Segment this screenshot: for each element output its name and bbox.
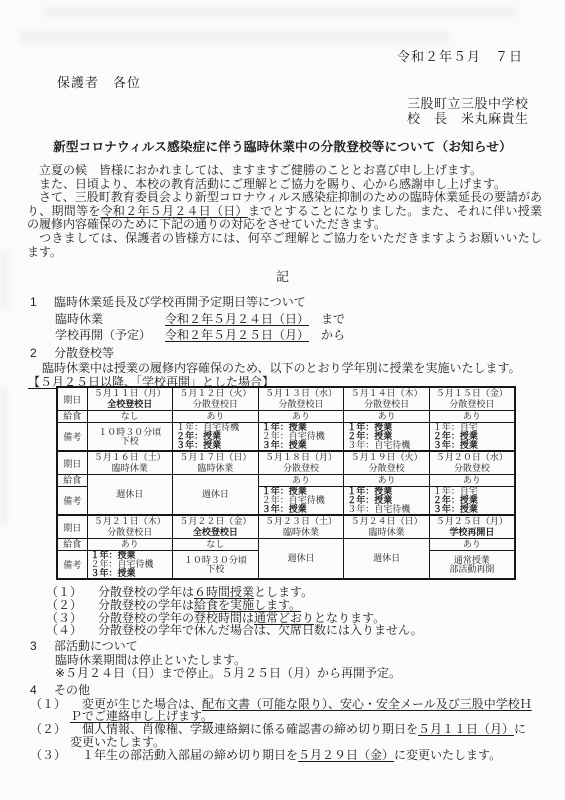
remarks-cell: １年：授業２年：授業３年：自宅待機: [344, 423, 430, 452]
weekend-cell: 週休日: [173, 475, 259, 516]
other-item-2: （２） 個人情報、肖像権、学級連絡網に係る確認書の締め切り期日を５月１１日（月）…: [30, 723, 535, 749]
table-notes: （１） 分散登校の学年は６時間授業とします。 （２） 分散登校の学年は給食を実施…: [46, 586, 423, 637]
day-cell: ５月１３日（水）分散登校日: [258, 387, 344, 411]
row-label-lunch: 給食: [57, 475, 87, 487]
section-3: 3部活動について 臨時休業期間は停止といたします。 ※５月２４日（日）まで停止。…: [30, 640, 401, 681]
sender-block: 三股町立三股中学校 校 長 米丸麻貴生: [407, 96, 529, 126]
table-row: 備考 １０時３０分頃下校 １年：自宅待機２年：授業３年：授業 １年：授業２年：自…: [57, 423, 515, 452]
note-4: （４） 分散登校の学年で休んだ場合は、欠席日数には入りません。: [46, 624, 423, 637]
table-row: 期日 ５月１６日（土）臨時休業 ５月１７日（日）臨時休業 ５月１８日（月）分散登…: [57, 451, 515, 475]
weekend-cell: 週休日: [87, 475, 173, 516]
section-1: 1臨時休業延長及び学校再開予定期日等について 臨時休業令和２年５月２４日（日） …: [30, 296, 345, 343]
row-label-lunch: 給食: [57, 539, 87, 551]
lunch-cell: あり: [429, 411, 515, 423]
club-restart-line: ※５月２４日（日）まで停止。５月２５日（月）から再開予定。: [55, 667, 401, 681]
table-row: 給食 なし あり あり あり あり: [57, 411, 515, 423]
remarks-cell: １０時３０分頃下校: [173, 551, 259, 580]
remarks-cell: 通常授業部活動再開: [429, 551, 515, 580]
day-cell: ５月１１日（月）全校登校日: [87, 387, 173, 411]
remarks-cell: １年：授業２年：自宅待機３年：授業: [258, 423, 344, 452]
remarks-cell: １年：授業２年：自宅待機３年：授業: [258, 487, 344, 516]
day-cell: ５月１７日（日）臨時休業: [173, 451, 259, 475]
greeting-p3: さて、三股町教育委員会より新型コロナウィルス感染症抑制のための臨時休業延長の要請…: [27, 190, 542, 231]
day-cell: ５月２２日（金）全校登校日: [173, 515, 259, 539]
underlined-date: 令和２年５月２４日（日）: [101, 204, 248, 218]
closure-period-row: 臨時休業令和２年５月２４日（日） まで: [55, 312, 345, 327]
remarks-cell: １年：自宅待機２年：授業３年：授業: [173, 423, 259, 452]
greeting-p2: また、日頃より、本校の教育活動にご理解とご協力を賜り、心から感謝申し上げます。: [27, 177, 506, 191]
row-label-remarks: 備考: [57, 551, 87, 580]
day-cell: ５月２０日（水）分散登校: [429, 451, 515, 475]
table-row: 期日 ５月１１日（月）全校登校日 ５月１２日（火）分散登校日 ５月１３日（水）分…: [57, 387, 515, 411]
remarks-cell: １０時３０分頃下校: [87, 423, 173, 452]
weekend-cell: 週休日: [344, 539, 430, 580]
row-label-remarks: 備考: [57, 423, 87, 452]
row-label-remarks: 備考: [57, 487, 87, 516]
underlined-date: 令和２年５月２４日（日）: [165, 312, 309, 327]
sender-org: 三股町立三股中学校: [407, 96, 529, 111]
remarks-cell: １年：授業２年：自宅待機３年：授業: [87, 551, 173, 580]
addressee: 保護者 各位: [57, 72, 141, 91]
sender-principal: 校 長 米丸麻貴生: [407, 111, 529, 126]
other-item-1: （１） 変更が生じた場合は、配布文書（可能な限り）、安心・安全メール及び三股中学…: [30, 698, 535, 724]
scan-artifact: [45, 6, 515, 18]
document-page: 令和２年５月 ７日 保護者 各位 三股町立三股中学校 校 長 米丸麻貴生 新型コ…: [0, 0, 565, 800]
club-suspension-line: 臨時休業期間は停止といたします。: [55, 654, 401, 668]
remarks-cell: １年：自宅２年：授業３年：授業: [429, 487, 515, 516]
section-2-heading: 2分散登校等: [30, 347, 521, 361]
row-label-date: 期日: [57, 387, 87, 411]
greeting-p1: 立夏の候 皆様におかれましては、ますますご健勝のこととお喜び申し上げます。: [27, 163, 482, 177]
lunch-cell: あり: [344, 411, 430, 423]
scan-artifact: [20, 30, 450, 43]
section-2-intro: 臨時休業中は授業の履修内容確保のため、以下のとおり学年別に授業を実施いたします。: [42, 362, 521, 376]
lunch-cell: あり: [258, 411, 344, 423]
document-date: 令和２年５月 ７日: [397, 46, 523, 65]
lunch-cell: あり: [258, 475, 344, 487]
lunch-cell: あり: [344, 475, 430, 487]
table-row: 期日 ５月２１日（木）分散登校日 ５月２２日（金）全校登校日 ５月２３日（土）臨…: [57, 515, 515, 539]
row-label-date: 期日: [57, 451, 87, 475]
ki-marker: 記: [0, 266, 565, 285]
remarks-cell: １年：自宅２年：授業３年：授業: [429, 423, 515, 452]
day-cell: ５月１６日（土）臨時休業: [87, 451, 173, 475]
staggered-attendance-table: 期日 ５月１１日（月）全校登校日 ５月１２日（火）分散登校日 ５月１３日（水）分…: [56, 386, 516, 580]
day-cell: ５月２１日（木）分散登校日: [87, 515, 173, 539]
document-title: 新型コロナウィルス感染症に伴う臨時休業中の分散登校等について（お知らせ）: [0, 136, 565, 155]
greeting-p4: つきましては、保護者の皆様方には、何卒ご理解とご協力をいただきますようお願いいた…: [27, 231, 542, 259]
lunch-cell: なし: [87, 411, 173, 423]
day-cell: ５月２５日（月）学校再開日: [429, 515, 515, 539]
day-cell: ５月１８日（月）分散登校: [258, 451, 344, 475]
day-cell: ５月１９日（火）分散登校: [344, 451, 430, 475]
reopen-date-row: 学校再開（予定）令和２年５月２５日（月） から: [55, 328, 345, 343]
lunch-cell: なし: [173, 539, 259, 551]
day-cell: ５月１５日（金）分散登校日: [429, 387, 515, 411]
row-label-lunch: 給食: [57, 411, 87, 423]
day-cell: ５月２４日（日）臨時休業: [344, 515, 430, 539]
scan-artifact: [0, 385, 7, 525]
other-item-3: （３） １年生の部活動入部届の締め切り期日を５月２９日（金）に変更いたします。: [30, 749, 535, 762]
day-cell: ５月１２日（火）分散登校日: [173, 387, 259, 411]
underlined-date: 令和２年５月２５日（月）: [165, 328, 309, 343]
greeting-paragraphs: 立夏の候 皆様におかれましては、ますますご健勝のこととお喜び申し上げます。 また…: [27, 164, 542, 259]
section-4: 4その他 （１） 変更が生じた場合は、配布文書（可能な限り）、安心・安全メール及…: [30, 684, 535, 761]
table-row: 給食 週休日 週休日 あり あり あり: [57, 475, 515, 487]
weekend-cell: 週休日: [258, 539, 344, 580]
table-row: 給食 あり なし 週休日 週休日 あり: [57, 539, 515, 551]
section-2: 2分散登校等 臨時休業中は授業の履修内容確保のため、以下のとおり学年別に授業を実…: [30, 347, 521, 390]
section-3-heading: 3部活動について: [30, 640, 401, 654]
day-cell: ５月１４日（木）分散登校日: [344, 387, 430, 411]
section-1-heading: 1臨時休業延長及び学校再開予定期日等について: [30, 296, 345, 310]
lunch-cell: あり: [87, 539, 173, 551]
day-cell: ５月２３日（土）臨時休業: [258, 515, 344, 539]
section-4-heading: 4その他: [30, 684, 535, 698]
lunch-cell: あり: [173, 411, 259, 423]
row-label-date: 期日: [57, 515, 87, 539]
lunch-cell: あり: [429, 475, 515, 487]
lunch-cell: あり: [429, 539, 515, 551]
remarks-cell: １年：授業２年：授業３年：自宅待機: [344, 487, 430, 516]
